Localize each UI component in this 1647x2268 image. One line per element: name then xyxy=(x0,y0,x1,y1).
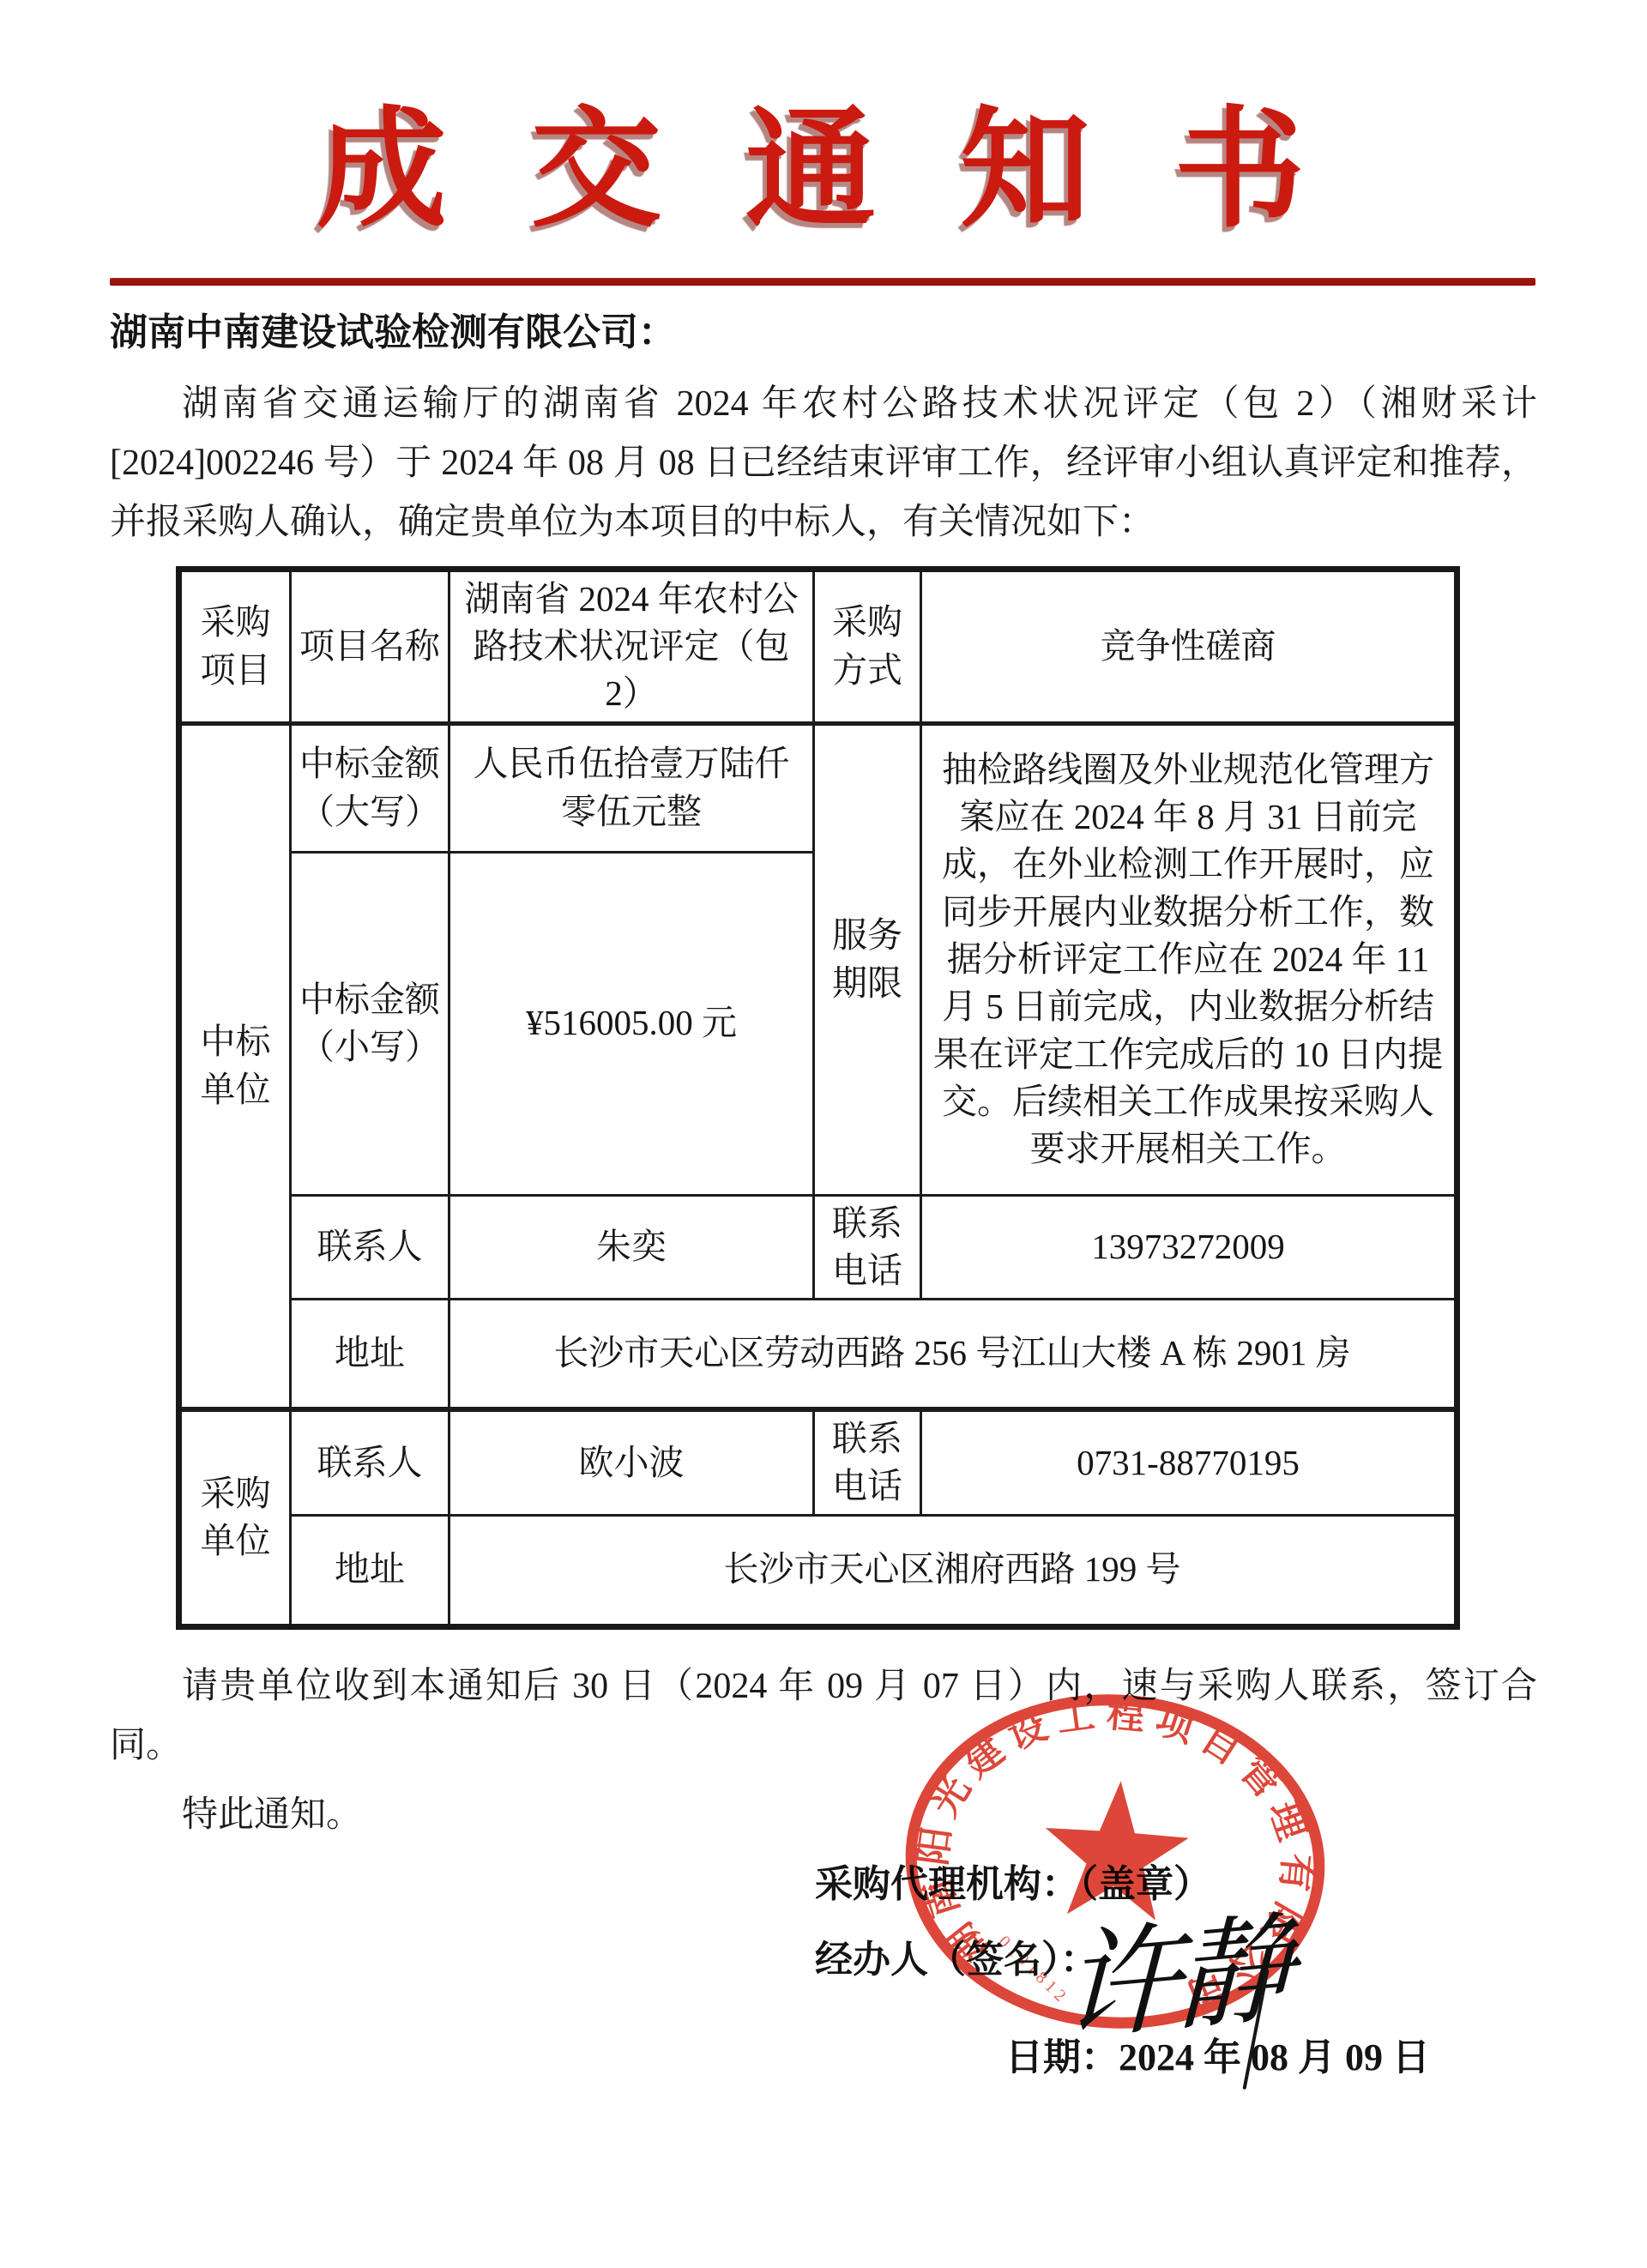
cell-label-purchaser-contact: 联系人 xyxy=(291,1409,449,1515)
cell-value-service-period: 抽检路线圈及外业规范化管理方案应在 2024 年 8 月 31 日前完成，在外业… xyxy=(921,723,1457,1195)
award-notice-document: 成 交 通 知 书 湖南中南建设试验检测有限公司： 湖南省交通运输厅的湖南省 2… xyxy=(0,0,1647,2268)
cell-label-purchaser-phone: 联系电话 xyxy=(814,1409,921,1515)
document-title: 成 交 通 知 书 xyxy=(0,89,1647,252)
cell-value-procurement-method: 竞争性磋商 xyxy=(921,569,1457,723)
cell-value-winner-address: 长沙市天心区劳动西路 256 号江山大楼 A 栋 2901 房 xyxy=(449,1300,1457,1409)
cell-value-purchaser-address: 长沙市天心区湘府西路 199 号 xyxy=(449,1515,1457,1626)
cell-label-winner-contact: 联系人 xyxy=(291,1195,449,1300)
table-row-purchaser-contact: 采购单位 联系人 欧小波 联系电话 0731-88770195 xyxy=(179,1409,1457,1515)
cell-label-winner-phone: 联系电话 xyxy=(814,1195,921,1300)
cell-label-procurement-method: 采购方式 xyxy=(814,569,921,723)
cell-label-amount-num: 中标金额（小写） xyxy=(291,852,449,1195)
award-table: 采购项目 项目名称 湖南省 2024 年农村公路技术状况评定（包 2） 采购方式… xyxy=(176,566,1460,1630)
table-row-amount-caps: 中标单位 中标金额（大写） 人民币伍拾壹万陆仟零伍元整 服务期限 抽检路线圈及外… xyxy=(179,723,1457,852)
cell-value-winner-contact: 朱奕 xyxy=(449,1195,814,1300)
cell-value-purchaser-phone: 0731-88770195 xyxy=(921,1409,1457,1515)
cell-value-winner-phone: 13973272009 xyxy=(921,1195,1457,1300)
cell-label-amount-caps: 中标金额（大写） xyxy=(291,723,449,852)
table-row-winner-contact: 联系人 朱奕 联系电话 13973272009 xyxy=(179,1195,1457,1300)
cell-group-purchasing-unit: 采购单位 xyxy=(179,1409,291,1626)
cell-value-amount-caps: 人民币伍拾壹万陆仟零伍元整 xyxy=(449,723,814,852)
cell-label-project-name: 项目名称 xyxy=(291,569,449,723)
cell-group-procurement-item: 采购项目 xyxy=(179,569,291,723)
cell-value-amount-num: ¥516005.00 元 xyxy=(449,852,814,1195)
table-row-purchaser-address: 地址 长沙市天心区湘府西路 199 号 xyxy=(179,1515,1457,1626)
title-divider-rule xyxy=(110,278,1535,286)
cell-value-project-name: 湖南省 2024 年农村公路技术状况评定（包 2） xyxy=(449,569,814,723)
intro-paragraph: 湖南省交通运输厅的湖南省 2024 年农村公路技术状况评定（包 2）（湘财采计[… xyxy=(110,375,1537,552)
recipient-line: 湖南中南建设试验检测有限公司： xyxy=(110,301,1537,356)
cell-label-purchaser-address: 地址 xyxy=(291,1515,449,1626)
cell-label-service-period: 服务期限 xyxy=(814,723,921,1195)
cell-label-winner-address: 地址 xyxy=(291,1300,449,1409)
cell-group-winning-unit: 中标单位 xyxy=(179,723,291,1409)
table-row-winner-address: 地址 长沙市天心区劳动西路 256 号江山大楼 A 栋 2901 房 xyxy=(179,1300,1457,1409)
cell-value-purchaser-contact: 欧小波 xyxy=(449,1409,814,1515)
table-row-header: 采购项目 项目名称 湖南省 2024 年农村公路技术状况评定（包 2） 采购方式… xyxy=(179,569,1457,723)
